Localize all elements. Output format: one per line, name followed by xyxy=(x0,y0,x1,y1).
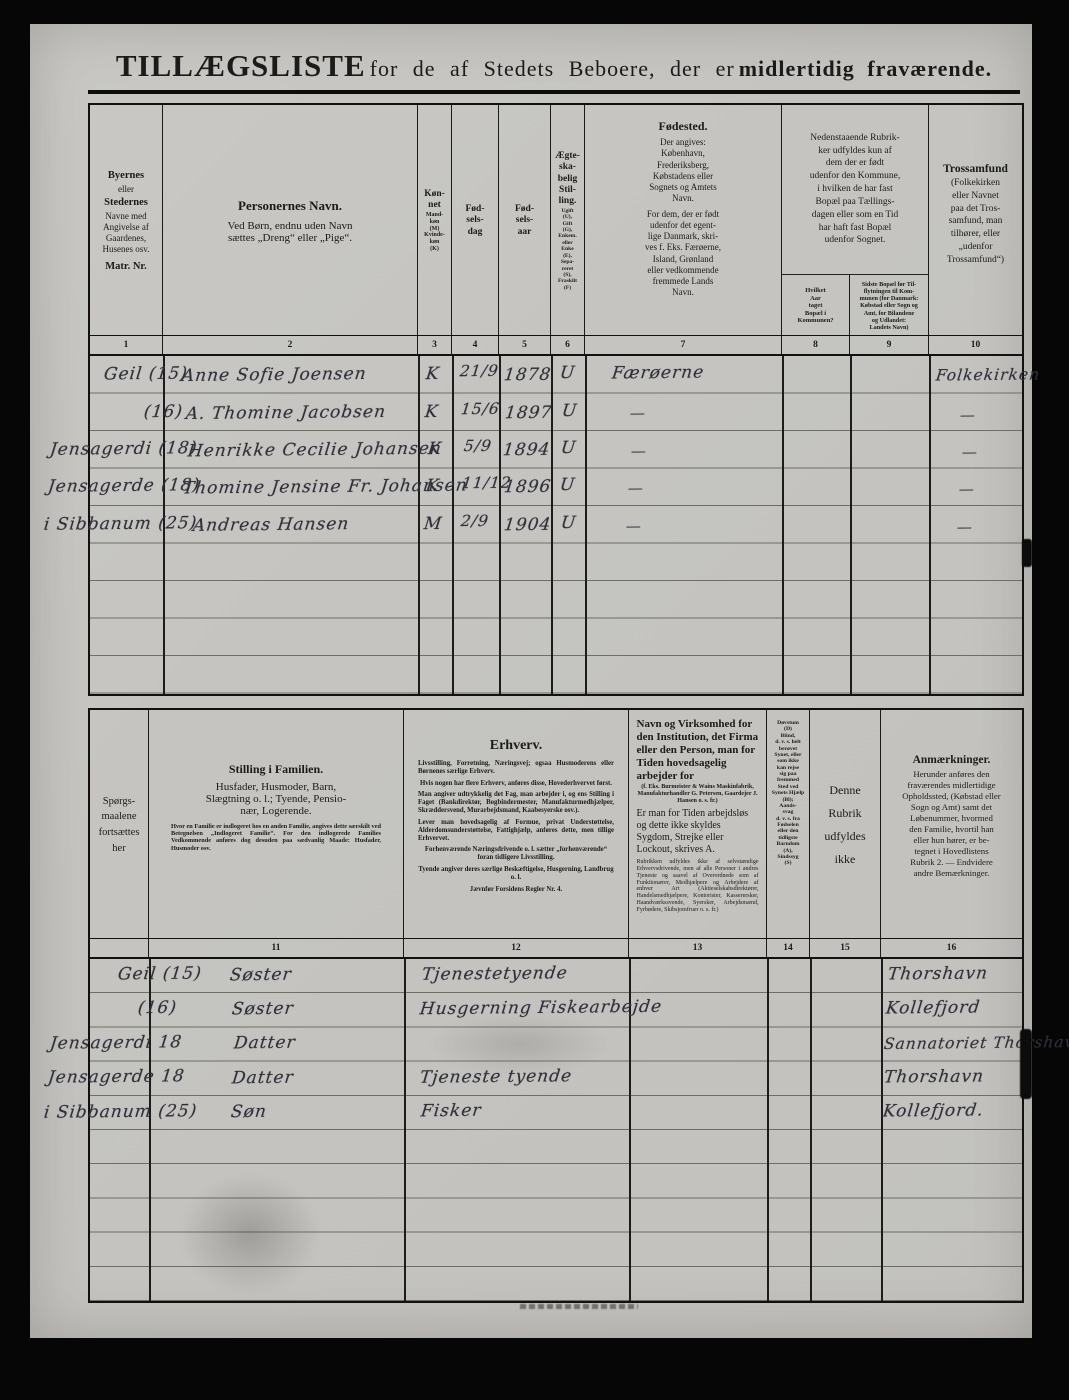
entry-faith-ditto: — xyxy=(956,517,973,535)
table2-header: Spørgs- maalene fortsættes her Stilling … xyxy=(88,708,1024,940)
col10-sub: (Folkekirken eller Navnet paa det Tros- … xyxy=(947,177,1004,267)
entry-faith-ditto: — xyxy=(959,405,976,423)
col15-header-unused: Denne Rubrik udfyldes ikke xyxy=(810,710,881,940)
colnum-10: 10 xyxy=(929,336,1022,354)
col8-9-merged-note: Nedenstaaende Rubrik- ker udfyldes kun a… xyxy=(782,105,928,275)
col1-body: Navne med Angivelse af Gaardenes, Husene… xyxy=(103,211,150,256)
entry-remark: Kollefjord xyxy=(885,997,982,1018)
entry-family: Søster xyxy=(229,964,293,985)
entry-birthplace-ditto: — xyxy=(630,441,647,459)
col16-body: Herunder anføres den fraværendes midlert… xyxy=(902,769,1000,879)
colnum-4: 4 xyxy=(452,336,499,354)
entry-occupation: Fisker xyxy=(420,1100,483,1121)
colnum-12: 12 xyxy=(404,939,629,957)
entry-place: (16) xyxy=(143,401,184,421)
table1-header: Byernes eller Stedernes Navne med Angive… xyxy=(88,103,1024,337)
entry-marital: U xyxy=(560,437,578,457)
entry-birthplace: Færøerne xyxy=(611,362,706,383)
col9-title: Sidste Bopæl før Til- flytningen til Kom… xyxy=(860,281,919,331)
entry-faith-ditto: — xyxy=(961,442,978,460)
entry-occupation: Husgerning Fiskearbejde xyxy=(419,996,663,1019)
table1-gridline-2 xyxy=(418,356,420,694)
col3-fine: Mand- køn (M) Kvinde- køn (K) xyxy=(424,212,445,253)
table1-body: Geil (15) Anne Sofie Joensen K 21/9 1878… xyxy=(88,356,1024,696)
entry-remark: Kollefjord. xyxy=(882,1100,985,1121)
entry-marital: U xyxy=(559,362,577,382)
entry-name: Henrikke Cecilie Johansen xyxy=(187,438,443,461)
colnum-9: 9 xyxy=(850,336,929,354)
colnum-14: 14 xyxy=(767,939,810,957)
entry-place: Jensagerdi 18 xyxy=(49,1032,184,1053)
col2-title: Personernes Navn. xyxy=(238,198,342,214)
col14-fine: Døvstum (D) Blind, d. v. s. helt berøvet… xyxy=(772,720,804,867)
col11-title: Stilling i Familien. xyxy=(229,762,323,777)
col7-title: Fødested. xyxy=(659,119,708,134)
entry-occupation: Tjenestetyende xyxy=(421,963,569,985)
entry-place: Jensagerdi (18) xyxy=(49,438,199,460)
table2-body: Geil (15) Søster Tjenestetyende Thorshav… xyxy=(88,959,1024,1303)
col7-body-2: For dem, der er født udenfor det egent- … xyxy=(645,209,721,299)
colnum-16: 16 xyxy=(881,939,1022,957)
table1-gridline-6 xyxy=(585,356,587,694)
table2-gridline-5 xyxy=(810,959,812,1301)
col3-header-sex: Køn- net Mand- køn (M) Kvinde- køn (K) xyxy=(418,105,452,337)
col12-body-7: Jævnfør Forsidens Regler Nr. 4. xyxy=(418,886,614,894)
col10-header-faith: Trossamfund (Folkekirken eller Navnet pa… xyxy=(929,105,1022,337)
col1-small-a: eller xyxy=(118,184,134,195)
entry-family: Søn xyxy=(230,1101,268,1121)
col3-title: Køn- net xyxy=(424,189,445,212)
entry-birthday: 21/9 xyxy=(459,361,500,379)
entry-birthyear: 1878 xyxy=(503,364,553,384)
entry-sex: K xyxy=(425,475,441,495)
colnum-5: 5 xyxy=(499,336,551,354)
colnum-blank xyxy=(90,939,149,957)
table2-gridline-2 xyxy=(404,959,406,1301)
col8-9-subheaders: Hvilket Aar taget Bopæl i Kommunen? Sids… xyxy=(782,275,928,337)
entry-family: Datter xyxy=(231,1067,295,1088)
col13-header-employer: Navn og Virksomhed for den Institution, … xyxy=(629,710,767,940)
colnum-2: 2 xyxy=(163,336,418,354)
entry-sex: K xyxy=(424,401,440,421)
col13-note: (f. Eks. Burmeister & Wains Maskinfabrik… xyxy=(637,784,759,805)
title-main: TILLÆGSLISTE xyxy=(116,48,366,83)
col12-body-4: Lever man hovedsagelig af Formue, privat… xyxy=(418,819,614,842)
col11-sub: Husfader, Husmoder, Barn, Slægtning o. l… xyxy=(206,781,347,817)
continued-label-text: Spørgs- maalene fortsættes her xyxy=(99,794,140,857)
entry-place: i Sibbanum (25) xyxy=(43,1101,199,1123)
entry-remark: Thorshavn xyxy=(887,963,989,984)
entry-name: Andreas Hansen xyxy=(192,514,351,536)
colnum-13: 13 xyxy=(629,939,767,957)
colnum-8: 8 xyxy=(782,336,850,354)
entry-place: Jensagerde (18) xyxy=(47,475,201,497)
col12-body-2: Hvis nogen har flere Erhverv, anføres di… xyxy=(418,780,614,788)
entry-family: Søster xyxy=(231,998,295,1019)
col12-title: Erhverv. xyxy=(490,738,543,754)
col13-fine: Rubrikken udfyldes ikke af selvstændige … xyxy=(637,859,759,914)
colnum-6: 6 xyxy=(551,336,585,354)
col12-body-1: Livsstilling, Forretning, Næringsvej; og… xyxy=(418,760,614,776)
printer-mark xyxy=(520,1304,638,1309)
title-rule xyxy=(88,90,1020,94)
entry-name: Anne Sofie Joensen xyxy=(181,364,368,386)
col7-header-birthplace: Fødested. Der angives: København, Freder… xyxy=(585,105,782,337)
col6-header-marital: Ægte- ska- belig Stil- ling. Ugift (U), … xyxy=(551,105,585,337)
entry-sex: K xyxy=(425,363,441,383)
colnum-1: 1 xyxy=(90,336,163,354)
col5-header-birthyear: Fød- sels- aar xyxy=(499,105,551,337)
col13-title: Navn og Virksomhed for den Institution, … xyxy=(637,718,759,783)
col1-title-c: Matr. Nr. xyxy=(105,259,147,275)
col8-9-header-group: Nedenstaaende Rubrik- ker udfyldes kun a… xyxy=(782,105,929,337)
col16-title: Anmærkninger. xyxy=(913,754,991,766)
col-continued-label: Spørgs- maalene fortsættes her xyxy=(90,710,149,940)
col5-title: Fød- sels- aar xyxy=(515,204,534,238)
col1-header-place: Byernes eller Stedernes Navne med Angive… xyxy=(90,105,163,337)
col4-header-birthday: Fød- sels- dag xyxy=(452,105,499,337)
colnum-15: 15 xyxy=(810,939,881,957)
scanned-census-page: { "title": { "part1": "TILLÆGSLISTE", "p… xyxy=(0,0,1069,1400)
col11-header-family: Stilling i Familien. Husfader, Husmoder,… xyxy=(149,710,404,940)
entry-birthyear: 1904 xyxy=(503,514,553,534)
entry-marital: U xyxy=(559,474,577,494)
col2-header-name: Personernes Navn. Ved Børn, endnu uden N… xyxy=(163,105,418,337)
table2-column-numbers: 11 12 13 14 15 16 xyxy=(88,938,1024,959)
table1-column-numbers: 1 2 3 4 5 6 7 8 9 10 xyxy=(88,335,1024,356)
col9-subheader: Sidste Bopæl før Til- flytningen til Kom… xyxy=(850,275,928,337)
entry-marital: U xyxy=(561,400,579,420)
col6-fine: Ugift (U), Gift (G), Enkem. eller Enke (… xyxy=(558,208,577,291)
entry-family: Datter xyxy=(233,1032,297,1053)
entry-place: Geil (15) xyxy=(117,963,203,984)
col4-title: Fød- sels- dag xyxy=(466,204,485,238)
col12-header-occupation: Erhverv. Livsstilling, Forretning, Nærin… xyxy=(404,710,629,940)
col11-fine: Hvor en Familie er indlogeret hos en and… xyxy=(171,823,381,852)
entry-birthplace-ditto: — xyxy=(627,478,644,496)
col12-body-6: Tyende angiver deres særlige Beskæftigel… xyxy=(418,866,614,882)
col8-9-note-text: Nedenstaaende Rubrik- ker udfyldes kun a… xyxy=(810,132,901,247)
entry-name: A. Thomine Jacobsen xyxy=(185,401,387,423)
col12-body-5: Forhenværende Næringsdrivende o. l. sætt… xyxy=(418,846,614,862)
col16-header-remarks: Anmærkninger. Herunder anføres den fravæ… xyxy=(881,710,1022,940)
entry-remark: Sannatoriet Thorshavn xyxy=(883,1032,1069,1052)
col12-body-3: Man angiver udtrykkelig det Fag, man arb… xyxy=(418,791,614,814)
table2-gridline-6 xyxy=(881,959,883,1301)
table1-gridline-3 xyxy=(452,356,454,694)
entry-place: Jensagerde 18 xyxy=(47,1066,186,1087)
colnum-7: 7 xyxy=(585,336,782,354)
table1-gridline-8 xyxy=(850,356,852,694)
entry-place: Geil (15) xyxy=(103,363,189,384)
entry-birthday: 15/6 xyxy=(460,399,501,417)
entry-faith-ditto: — xyxy=(958,479,975,497)
entry-place: (16) xyxy=(137,997,178,1017)
entry-birthyear: 1897 xyxy=(504,402,554,422)
colnum-11: 11 xyxy=(149,939,404,957)
page-title: TILLÆGSLISTE for de af Stedets Beboere, … xyxy=(88,48,1020,84)
col8-title: Hvilket Aar taget Bopæl i Kommunen? xyxy=(797,287,833,324)
entry-sex: M xyxy=(423,513,444,533)
col13-body: Er man for Tiden arbejdsløs og dette ikk… xyxy=(637,808,759,856)
col8-subheader: Hvilket Aar taget Bopæl i Kommunen? xyxy=(782,275,850,337)
col14-header-disabilities: Døvstum (D) Blind, d. v. s. helt berøvet… xyxy=(767,710,810,940)
entry-birthyear: 1894 xyxy=(502,439,552,459)
entry-birthyear: 1896 xyxy=(503,476,553,496)
col7-body-1: Der angives: København, Frederiksberg, K… xyxy=(649,137,717,205)
entry-birthday: 2/9 xyxy=(460,511,490,529)
col15-text: Denne Rubrik udfyldes ikke xyxy=(824,779,865,870)
title-middle: for de af Stedets Beboere, der er xyxy=(370,56,735,81)
entry-occupation: Tjeneste tyende xyxy=(419,1066,574,1088)
table1-gridline-7 xyxy=(782,356,784,694)
title-emphasis: midlertidig fraværende. xyxy=(739,56,992,81)
entry-birthday: 5/9 xyxy=(463,436,493,454)
col1-title-b: Stedernes xyxy=(104,195,148,211)
entry-sex: K xyxy=(427,438,443,458)
table2-gridline-4 xyxy=(767,959,769,1301)
col2-sub: Ved Børn, endnu uden Navn sættes „Dreng“… xyxy=(228,220,353,244)
entry-faith: Folkekirken xyxy=(935,365,1041,384)
entry-marital: U xyxy=(560,512,578,532)
col6-title: Ægte- ska- belig Stil- ling. xyxy=(555,151,580,208)
paper-sheet: TILLÆGSLISTE for de af Stedets Beboere, … xyxy=(30,24,1032,1338)
entry-birthplace-ditto: — xyxy=(625,516,642,534)
table1-gridline-9 xyxy=(929,356,931,694)
col10-title: Trossamfund xyxy=(943,163,1008,175)
entry-birthplace-ditto: — xyxy=(629,403,646,421)
entry-remark: Thorshavn xyxy=(883,1066,985,1087)
col1-title-a: Byernes xyxy=(108,168,144,184)
colnum-3: 3 xyxy=(418,336,452,354)
entry-place: i Sibbanum (25) xyxy=(43,513,199,535)
